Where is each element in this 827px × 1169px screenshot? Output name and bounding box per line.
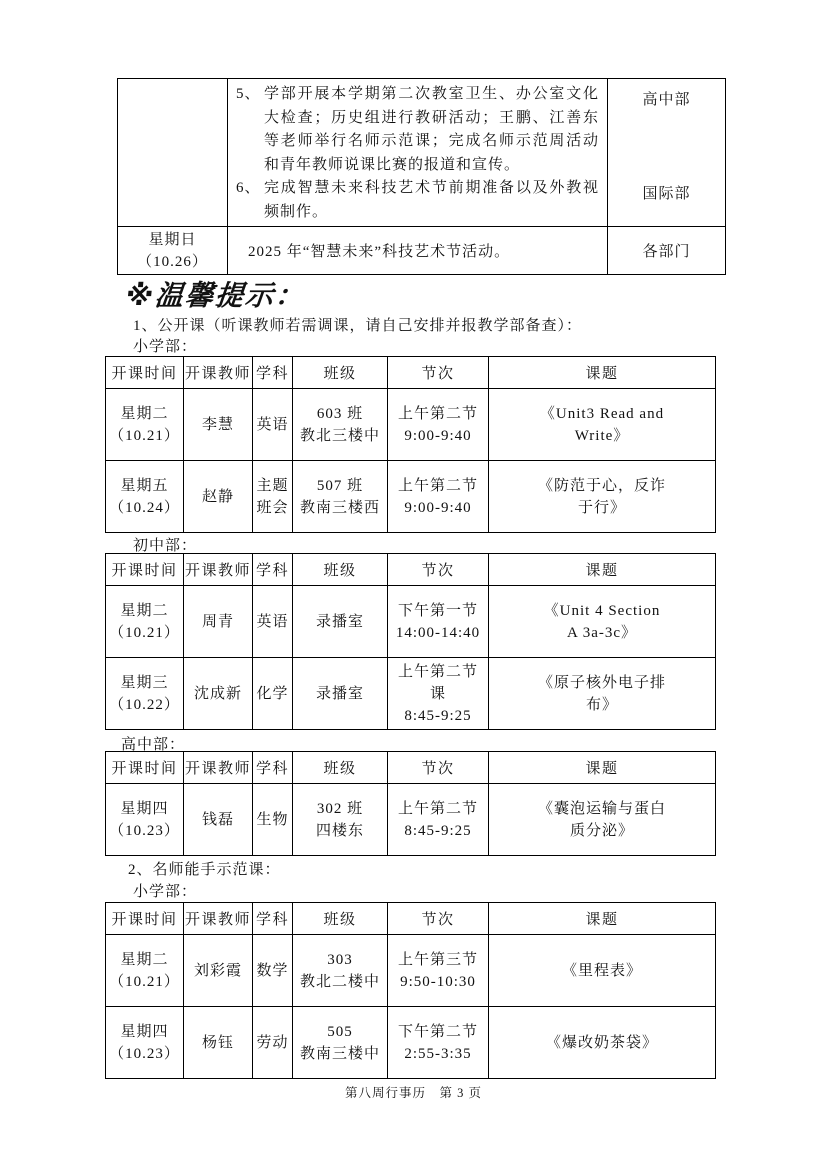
table-header-row: 开课时间开课教师学科班级节次课题: [106, 357, 716, 389]
cell-subject: 劳动: [253, 1007, 293, 1079]
cell-topic: 《防范于心，反诈 于行》: [489, 461, 716, 533]
cell-class: 302 班 四楼东: [293, 784, 388, 856]
task-number: 6、: [236, 177, 264, 224]
cell-time: 星期二 （10.21）: [106, 389, 184, 461]
cell-subject: 生物: [253, 784, 293, 856]
table-row: 星期五 （10.24） 赵静 主题班会 507 班 教南三楼西 上午第二节 9:…: [106, 461, 716, 533]
section-label-primary-demo: 小学部：: [133, 880, 197, 901]
column-header: 开课教师: [184, 357, 253, 389]
table-body: 星期二 （10.21） 刘彩霞 数学 303 教北二楼中 上午第三节 9:50-…: [106, 935, 716, 1079]
table-header-row: 开课时间开课教师学科班级节次课题: [106, 554, 716, 586]
demo-class-table-primary: 开课时间开课教师学科班级节次课题 星期二 （10.21） 刘彩霞 数学 303 …: [105, 902, 716, 1079]
task-item: 5、 学部开展本学期第二次教室卫生、办公室文化大检查；历史组进行教研活动；王鹏、…: [236, 83, 599, 177]
cell-teacher: 杨钰: [184, 1007, 253, 1079]
agenda-row-tasks: 5、 学部开展本学期第二次教室卫生、办公室文化大检查；历史组进行教研活动；王鹏、…: [118, 79, 726, 227]
table-row: 星期二 （10.21） 周青 英语 录播室 下午第一节 14:00-14:40 …: [106, 586, 716, 658]
cell-time: 星期三 （10.22）: [106, 658, 184, 730]
column-header: 开课教师: [184, 752, 253, 784]
task-item: 6、 完成智慧未来科技艺术节前期准备以及外教视频制作。: [236, 177, 599, 224]
cell-subject: 主题班会: [253, 461, 293, 533]
task-text: 学部开展本学期第二次教室卫生、办公室文化大检查；历史组进行教研活动；王鹏、江善东…: [264, 83, 599, 177]
dept-label-senior: 高中部: [608, 88, 725, 109]
agenda-day-cell-empty: [118, 79, 228, 227]
sunday-event-cell: 2025 年“智慧未来”科技艺术节活动。: [228, 227, 608, 275]
column-header: 班级: [293, 903, 388, 935]
cell-time: 星期四 （10.23）: [106, 784, 184, 856]
cell-teacher: 沈成新: [184, 658, 253, 730]
cell-period: 上午第二节 9:00-9:40: [388, 461, 489, 533]
notice-line-open-class: 1、公开课（听课教师若需调课，请自己安排并报教学部备查）：: [133, 314, 582, 335]
sunday-dept-cell: 各部门: [608, 227, 726, 275]
cell-teacher: 李慧: [184, 389, 253, 461]
cell-subject: 数学: [253, 935, 293, 1007]
task-text: 完成智慧未来科技艺术节前期准备以及外教视频制作。: [264, 177, 599, 224]
agenda-task-cell: 5、 学部开展本学期第二次教室卫生、办公室文化大检查；历史组进行教研活动；王鹏、…: [228, 79, 608, 227]
cell-class: 507 班 教南三楼西: [293, 461, 388, 533]
open-class-table-junior: 开课时间开课教师学科班级节次课题 星期二 （10.21） 周青 英语 录播室 下…: [105, 553, 716, 730]
column-header: 节次: [388, 554, 489, 586]
column-header: 节次: [388, 752, 489, 784]
cell-class: 303 教北二楼中: [293, 935, 388, 1007]
cell-topic: 《囊泡运输与蛋白 质分泌》: [489, 784, 716, 856]
cell-class: 录播室: [293, 586, 388, 658]
cell-class: 录播室: [293, 658, 388, 730]
cell-subject: 化学: [253, 658, 293, 730]
dept-column: 高中部 国际部: [608, 81, 725, 225]
cell-subject: 英语: [253, 586, 293, 658]
cell-topic: 《Unit3 Read and Write》: [489, 389, 716, 461]
column-header: 开课时间: [106, 554, 184, 586]
cell-time: 星期四 （10.23）: [106, 1007, 184, 1079]
cell-time: 星期五 （10.24）: [106, 461, 184, 533]
table-body: 星期二 （10.21） 李慧 英语 603 班 教北三楼中 上午第二节 9:00…: [106, 389, 716, 533]
notice-heading: ※温馨提示：: [124, 274, 307, 314]
cell-topic: 《里程表》: [489, 935, 716, 1007]
column-header: 课题: [489, 903, 716, 935]
document-page: 5、 学部开展本学期第二次教室卫生、办公室文化大检查；历史组进行教研活动；王鹏、…: [0, 0, 827, 1169]
cell-period: 上午第三节 9:50-10:30: [388, 935, 489, 1007]
column-header: 课题: [489, 554, 716, 586]
column-header: 节次: [388, 357, 489, 389]
table-body: 星期二 （10.21） 周青 英语 录播室 下午第一节 14:00-14:40 …: [106, 586, 716, 730]
cell-topic: 《原子核外电子排 布》: [489, 658, 716, 730]
table-body: 星期四 （10.23） 钱磊 生物 302 班 四楼东 上午第二节 8:45-9…: [106, 784, 716, 856]
cell-class: 603 班 教北三楼中: [293, 389, 388, 461]
notice-line-demo-class: 2、名师能手示范课：: [128, 858, 281, 879]
dept-label-international: 国际部: [608, 182, 725, 203]
cell-teacher: 刘彩霞: [184, 935, 253, 1007]
weekly-agenda-table: 5、 学部开展本学期第二次教室卫生、办公室文化大检查；历史组进行教研活动；王鹏、…: [117, 78, 726, 275]
page-footer: 第八周行事历 第 3 页: [0, 1083, 827, 1101]
column-header: 开课教师: [184, 554, 253, 586]
table-row: 星期二 （10.21） 李慧 英语 603 班 教北三楼中 上午第二节 9:00…: [106, 389, 716, 461]
open-class-table-senior: 开课时间开课教师学科班级节次课题 星期四 （10.23） 钱磊 生物 302 班…: [105, 751, 716, 856]
table-header-row: 开课时间开课教师学科班级节次课题: [106, 752, 716, 784]
cell-teacher: 赵静: [184, 461, 253, 533]
cell-period: 上午第二节 8:45-9:25: [388, 784, 489, 856]
open-class-table-primary: 开课时间开课教师学科班级节次课题 星期二 （10.21） 李慧 英语 603 班…: [105, 356, 716, 533]
column-header: 班级: [293, 752, 388, 784]
table-row: 星期四 （10.23） 杨钰 劳动 505 教南三楼中 下午第二节 2:55-3…: [106, 1007, 716, 1079]
section-label-primary: 小学部：: [133, 335, 197, 356]
table-row: 星期三 （10.22） 沈成新 化学 录播室 上午第二节课 8:45-9:25 …: [106, 658, 716, 730]
cell-subject: 英语: [253, 389, 293, 461]
column-header: 开课教师: [184, 903, 253, 935]
column-header: 班级: [293, 554, 388, 586]
column-header: 学科: [253, 357, 293, 389]
task-list: 5、 学部开展本学期第二次教室卫生、办公室文化大检查；历史组进行教研活动；王鹏、…: [236, 83, 599, 224]
cell-period: 上午第二节 9:00-9:40: [388, 389, 489, 461]
cell-class: 505 教南三楼中: [293, 1007, 388, 1079]
column-header: 学科: [253, 903, 293, 935]
cell-teacher: 周青: [184, 586, 253, 658]
column-header: 开课时间: [106, 357, 184, 389]
column-header: 开课时间: [106, 752, 184, 784]
column-header: 节次: [388, 903, 489, 935]
table-row: 星期二 （10.21） 刘彩霞 数学 303 教北二楼中 上午第三节 9:50-…: [106, 935, 716, 1007]
table-row: 星期四 （10.23） 钱磊 生物 302 班 四楼东 上午第二节 8:45-9…: [106, 784, 716, 856]
table-header-row: 开课时间开课教师学科班级节次课题: [106, 903, 716, 935]
cell-time: 星期二 （10.21）: [106, 586, 184, 658]
column-header: 课题: [489, 357, 716, 389]
task-number: 5、: [236, 83, 264, 177]
cell-period: 下午第一节 14:00-14:40: [388, 586, 489, 658]
column-header: 课题: [489, 752, 716, 784]
column-header: 学科: [253, 554, 293, 586]
cell-topic: 《Unit 4 Section A 3a-3c》: [489, 586, 716, 658]
column-header: 班级: [293, 357, 388, 389]
column-header: 开课时间: [106, 903, 184, 935]
cell-period: 下午第二节 2:55-3:35: [388, 1007, 489, 1079]
section-label-junior: 初中部：: [133, 534, 197, 555]
sunday-day-cell: 星期日 （10.26）: [118, 227, 228, 275]
cell-period: 上午第二节课 8:45-9:25: [388, 658, 489, 730]
cell-teacher: 钱磊: [184, 784, 253, 856]
agenda-row-sunday: 星期日 （10.26） 2025 年“智慧未来”科技艺术节活动。 各部门: [118, 227, 726, 275]
cell-time: 星期二 （10.21）: [106, 935, 184, 1007]
agenda-dept-cell: 高中部 国际部: [608, 79, 726, 227]
cell-topic: 《爆改奶茶袋》: [489, 1007, 716, 1079]
column-header: 学科: [253, 752, 293, 784]
